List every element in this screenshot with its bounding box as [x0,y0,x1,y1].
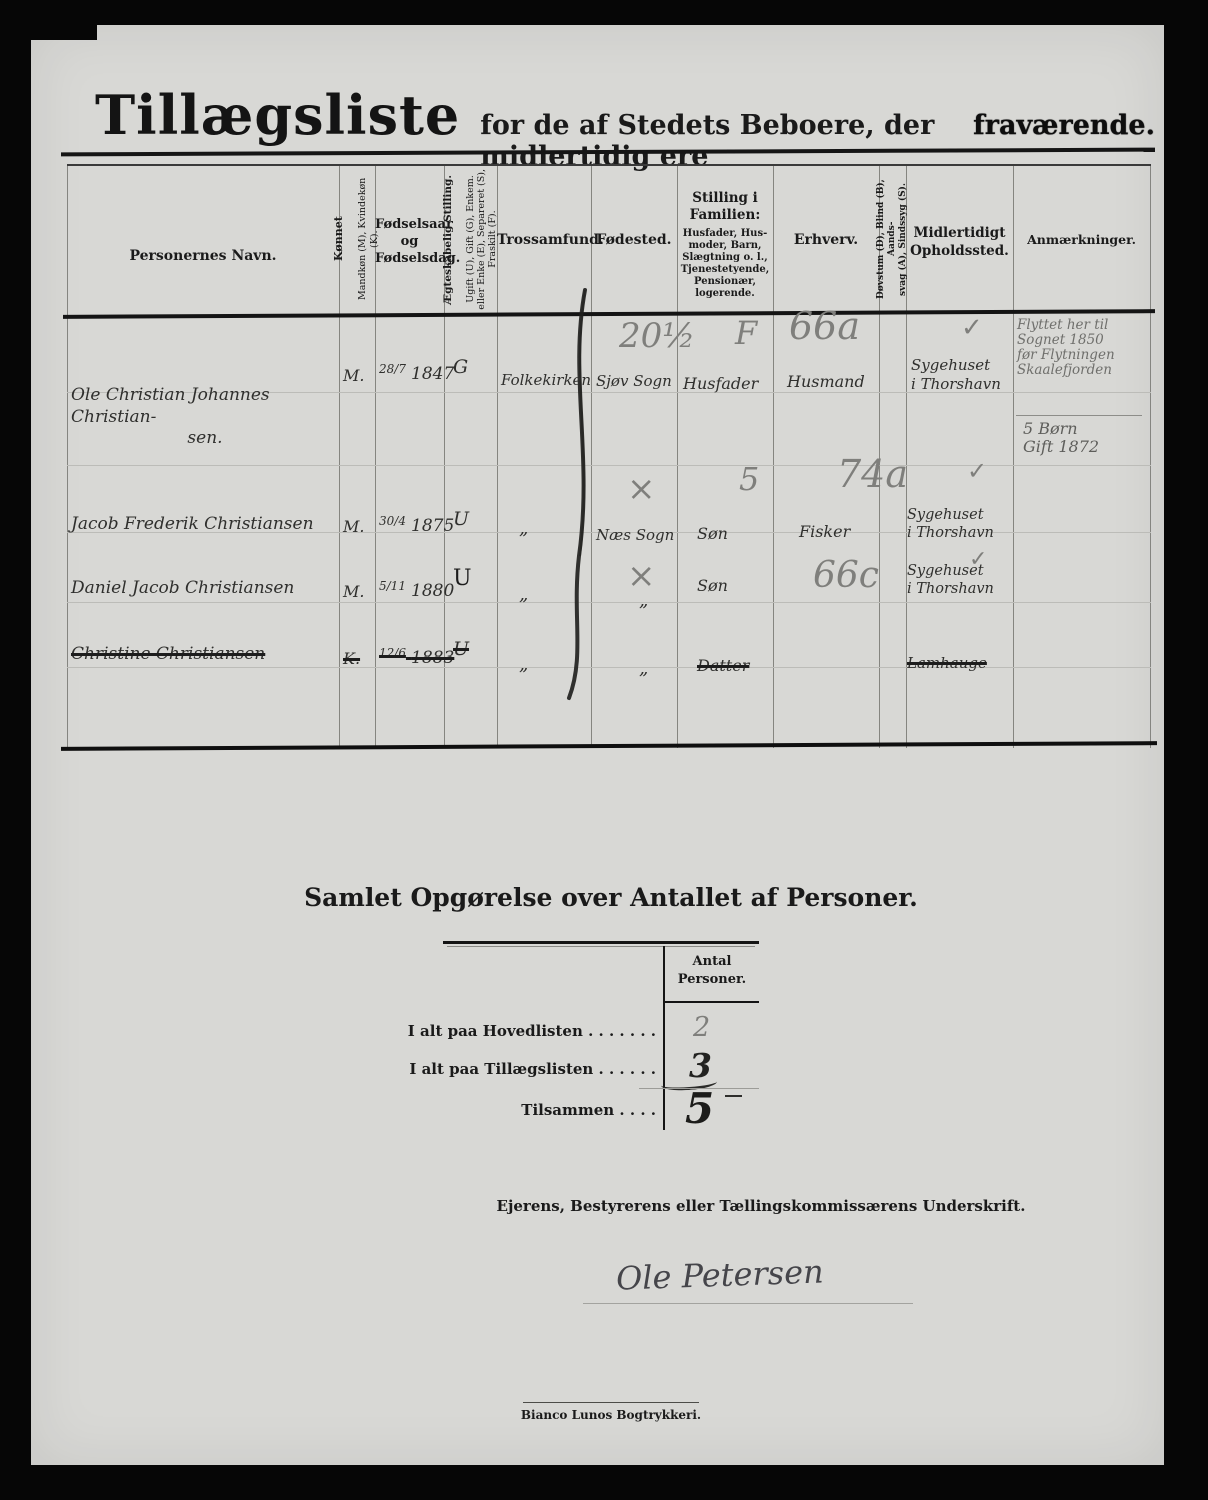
row2-religion-ditto: „ [519,518,528,541]
row3-birthplace-pencil-mark: × [627,558,656,595]
summary-col-header: Antal Personer. [665,953,759,989]
row1-stay: Sygehuset i Thorshavn [911,356,1001,394]
row1-birth: 28/7 1847 [379,362,454,385]
signature-label: Ejerens, Bestyrerens eller Tællingskommi… [451,1197,1071,1215]
row2-birth-day: 30/4 [379,514,406,528]
table-bottom-rule [61,741,1157,751]
row4-birth-year: 1883 [411,648,454,668]
summary-row-hovedlisten-label: I alt paa Hovedlisten . . . . . . . [361,1022,656,1040]
row2-name: Jacob Frederik Christiansen [71,514,339,535]
column-header-sex: Kønnet Mandkøn (M), Kvindekøn (K). [339,168,375,310]
summary-row-tilsammen-label: Tilsammen . . . . [361,1101,656,1119]
row2-family-pencil-mark: 5 [739,462,759,497]
row4-stay: Lamhauge [907,654,987,673]
row3-birth-year: 1880 [411,581,454,601]
column-header-marital: Ægteskabelig Stilling. Ugift (U), Gift (… [444,168,497,310]
col-line [1013,166,1014,748]
row2-birth: 30/4 1875 [379,514,454,537]
row3-family: Søn [697,576,728,596]
column-header-religion: Trossamfund. [497,232,591,248]
page-title-rest: for de af Stedets Beboere, der midlertid… [480,110,953,172]
summary-row-tillaegslisten-label: I alt paa Tillægslisten . . . . . . [361,1060,656,1078]
row1-occupation-pencil-mark: 66a [789,306,860,348]
column-header-remarks: Anmærkninger. [1013,232,1150,247]
row4-name: Christine Christiansen [71,644,339,665]
column-header-disability-text: Døvstum (D), Blind (B), Aands- svag (A),… [876,168,909,310]
row1-name: Ole Christian Johannes Christian- sen. [71,364,339,470]
col-line [773,166,774,748]
row1-family-pencil-mark: F [735,316,757,351]
column-header-family-main: Stilling i Familien: [677,190,773,224]
row1-religion: Folkekirken [501,371,591,390]
row2-sex: M. [343,517,364,537]
printer-name: Bianco Lunos Bogtrykkeri. [461,1408,761,1422]
row3-name: Daniel Jacob Christiansen [71,578,339,599]
row2-birthplace: Næs Sogn [596,526,674,545]
summary-top-rule [443,941,759,944]
row1-remarks-top: Flyttet her til Sognet 1850 før Flytning… [1017,318,1149,377]
row1-name-line2: sen. [71,428,339,449]
row2-birth-year: 1875 [411,516,454,536]
column-header-occupation: Erhverv. [773,232,879,248]
row3-occupation-pencil-mark: 66c [813,556,879,596]
row1-occupation: Husmand [787,372,865,392]
column-header-disability: Døvstum (D), Blind (B), Aands- svag (A),… [879,168,906,310]
row2-stay-pencil-mark: ✓ [967,458,987,484]
column-header-stay: Midlertidigt Opholdssted. [906,224,1013,260]
column-header-name: Personernes Navn. [67,248,339,264]
page-title: Tillægsliste for de af Stedets Beboere, … [95,83,1155,172]
column-header-marital-sub: Ugift (U), Gift (G), Enkem. eller Enke (… [465,169,498,310]
row4-birthplace-ditto: „ [639,658,648,681]
census-table: Personernes Navn. Kønnet Mandkøn (M), Kv… [67,164,1151,748]
row2-occupation-pencil-mark: 74a [837,454,908,496]
page-title-emphasis: fraværende. [973,110,1155,141]
row1-birth-year: 1847 [411,364,454,384]
row4-family: Datter [697,656,749,676]
row1-marital: G [453,356,468,380]
row4-marital: U [453,638,469,662]
row3-birth-day: 5/11 [379,579,406,593]
row1-birth-day: 28/7 [379,362,406,376]
printer-rule [523,1402,699,1403]
signature-underline [583,1303,913,1304]
row4-religion-ditto: „ [519,654,528,677]
column-header-sex-main: Kønnet [333,168,345,310]
row4-sex: K. [343,649,360,669]
row3-marital: U [453,566,472,591]
summary-col-header-rule [665,1001,759,1003]
row2-occupation: Fisker [799,522,850,542]
summary-value-hovedlisten: 2 [693,1013,710,1043]
scan-corner-notch [31,25,97,40]
scanned-census-page: Tillægsliste for de af Stedets Beboere, … [31,25,1164,1465]
column-header-family-sub: Husfader, Hus- moder, Barn, Slægtning o.… [677,228,773,300]
ink-stroke [545,286,615,706]
row1-remarks-bottom: 5 Børn Gift 1872 [1023,420,1149,455]
summary-top-rule-echo [447,946,755,947]
summary-heading: Samlet Opgørelse over Antallet af Person… [281,883,941,912]
row2-birthplace-pencil-mark: × [627,471,656,508]
row4-birth: 12/6 1883 [379,646,454,669]
signature-name: Ole Petersen [615,1251,824,1298]
row2-family: Søn [697,524,728,544]
row2-stay: Sygehuset i Thorshavn [907,506,994,542]
row4-birth-day: 12/6 [379,646,406,660]
row1-sex: M. [343,366,364,386]
summary-value-dash [725,1095,742,1097]
row2-marital: U [453,508,469,532]
row3-birth: 5/11 1880 [379,579,454,602]
row1-stay-pencil-mark: ✓ [961,314,983,343]
row3-stay-pencil-mark: ✓ [969,548,987,572]
row3-sex: M. [343,582,364,602]
page-title-main: Tillægsliste [95,83,460,147]
remark-underline [1016,415,1142,416]
row3-religion-ditto: „ [519,584,528,607]
summary-value-tilsammen: 5 [685,1083,714,1136]
column-header-marital-main: Ægteskabelig Stilling. [443,169,454,310]
row1-family: Husfader [683,374,758,394]
column-header-birthplace: Fødested. [591,232,677,248]
row1-birthplace: Sjøv Sogn [596,372,672,391]
col-line [1150,166,1151,748]
row1-name-line1: Ole Christian Johannes Christian- [71,385,270,426]
row1-birthplace-pencil-mark: 20½ [619,318,695,355]
